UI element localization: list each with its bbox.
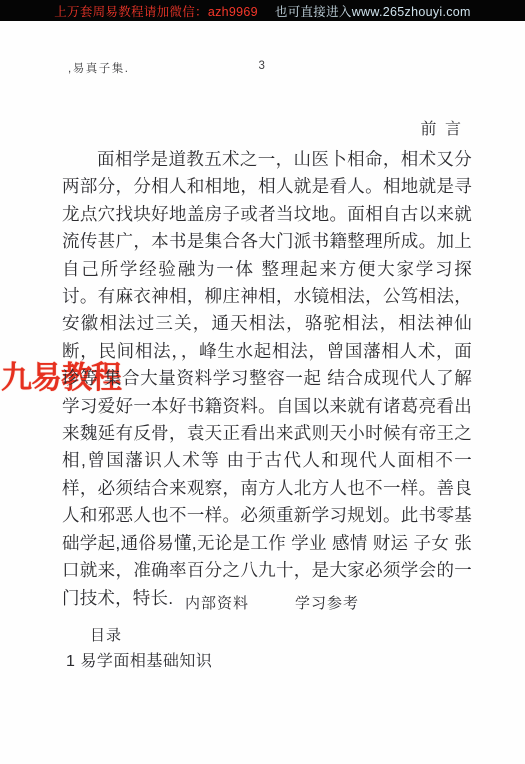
toc-heading: 目录 xyxy=(90,624,122,645)
toc-item: 1 易学面相基础知识 xyxy=(66,648,212,671)
promo-banner-url-text[interactable]: 也可直接进入www.265zhouyi.com xyxy=(275,2,471,20)
footer-note-study: 学习参考 xyxy=(295,592,359,613)
page-header: ,易真子集. 3 xyxy=(0,60,525,76)
promo-banner: 上万套周易教程请加微信：azh9969 也可直接进入www.265zhouyi.… xyxy=(0,0,525,21)
preface-body: 面相学是道教五术之一，山医卜相命，相术又分两部分，分相人和相地，相人就是看人。相… xyxy=(62,146,472,612)
document-page: 上万套周易教程请加微信：azh9969 也可直接进入www.265zhouyi.… xyxy=(0,0,525,764)
promo-banner-wechat-text: 上万套周易教程请加微信：azh9969 xyxy=(54,2,258,20)
page-number: 3 xyxy=(0,60,525,72)
footer-note-internal: 内部资料 xyxy=(185,592,249,613)
preface-title: 前 言 xyxy=(421,116,463,139)
footer-note: 内部资料 学习参考 xyxy=(185,592,359,613)
